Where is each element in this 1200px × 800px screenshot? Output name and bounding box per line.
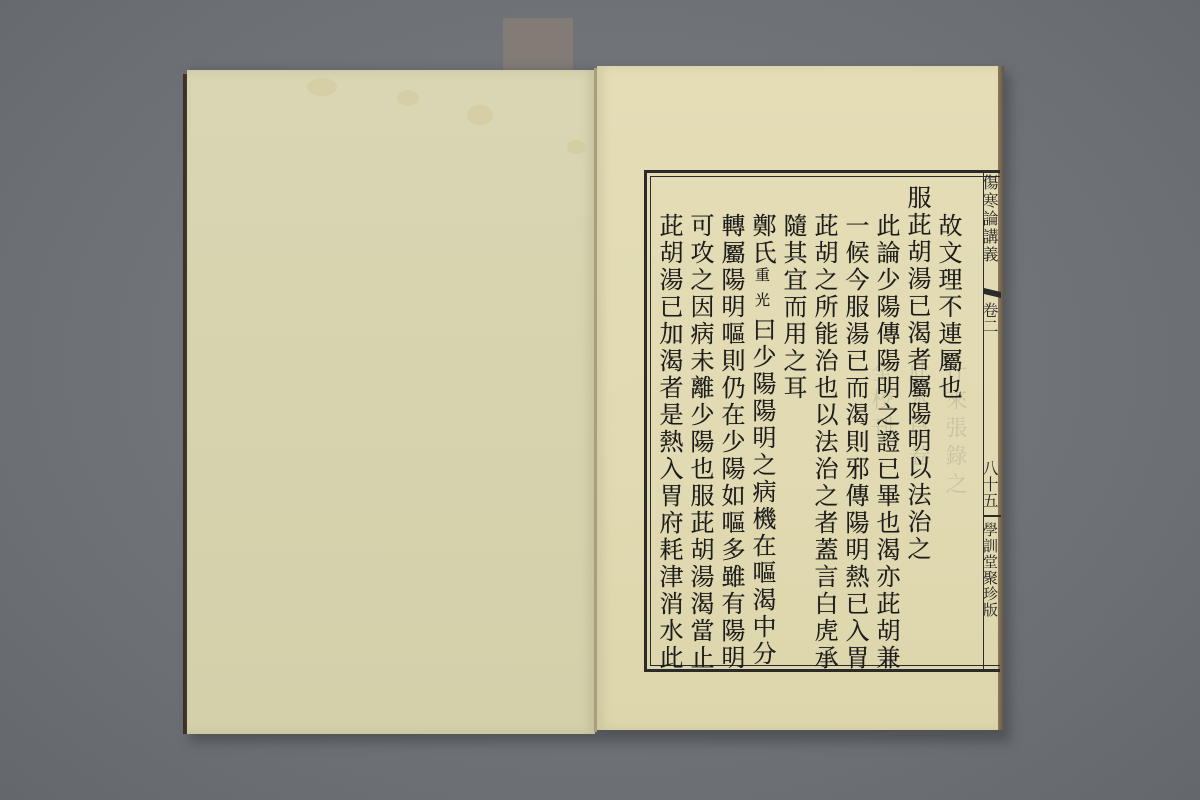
text-column-8: 轉屬陽明嘔則仍在少陽如嘔多雖有陽明證不	[717, 185, 748, 669]
margin-book-title: 傷寒論講義	[984, 174, 1001, 284]
margin-page-number: 八十五	[984, 460, 1001, 508]
photo-scene: 什來張錄之此本爲卷全校刊 故文理不連屬也 服茈胡湯已渴者屬陽明以法治之 此論少陽…	[0, 0, 1200, 800]
text-column-1: 故文理不連屬也	[934, 185, 965, 669]
speaker-note: 重光	[753, 267, 771, 317]
text-column-9: 可攻之因病未離少陽也服茈胡湯渴當止若服	[686, 185, 717, 669]
left-page-blank	[187, 70, 595, 734]
text-column-10: 茈胡湯已加渴者是熱入胃府耗津消水此屬陽	[655, 185, 686, 669]
body-text: 故文理不連屬也 服茈胡湯已渴者屬陽明以法治之 此論少陽傳陽明之證已畢也渴亦茈胡兼…	[655, 185, 965, 665]
center-margin-banxin: 傷寒論講義 卷二 八十五 學訓堂聚珍版	[983, 170, 1001, 672]
text-column-5: 茈胡之所能治也以法治之者蓋言白虎承氣各	[810, 185, 841, 669]
margin-divider	[984, 515, 1001, 517]
printed-frame-border: 故文理不連屬也 服茈胡湯已渴者屬陽明以法治之 此論少陽傳陽明之證已畢也渴亦茈胡兼…	[644, 170, 1000, 672]
paper-label-tab	[503, 18, 573, 70]
text-column-7: 鄭氏重光曰少陽陽明之病機在嘔渴中分渴則	[748, 185, 779, 669]
speaker-name: 鄭氏	[748, 213, 776, 267]
text-column-3: 此論少陽傳陽明之證已畢也渴亦茈胡兼主之	[872, 185, 903, 669]
text-column-4: 一候今服湯已而渴則邪傳陽明熱已入胃又非	[841, 185, 872, 669]
text-column-6: 隨其宜而用之耳	[779, 185, 810, 669]
margin-volume: 卷二	[984, 302, 1001, 334]
speaker-quote: 曰少陽陽明之病機在嘔渴中分渴則	[748, 317, 776, 669]
fishtail-mark-icon	[984, 288, 1001, 298]
margin-publisher: 學訓堂聚珍版	[984, 522, 1001, 667]
text-column-2: 服茈胡湯已渴者屬陽明以法治之	[903, 185, 934, 669]
